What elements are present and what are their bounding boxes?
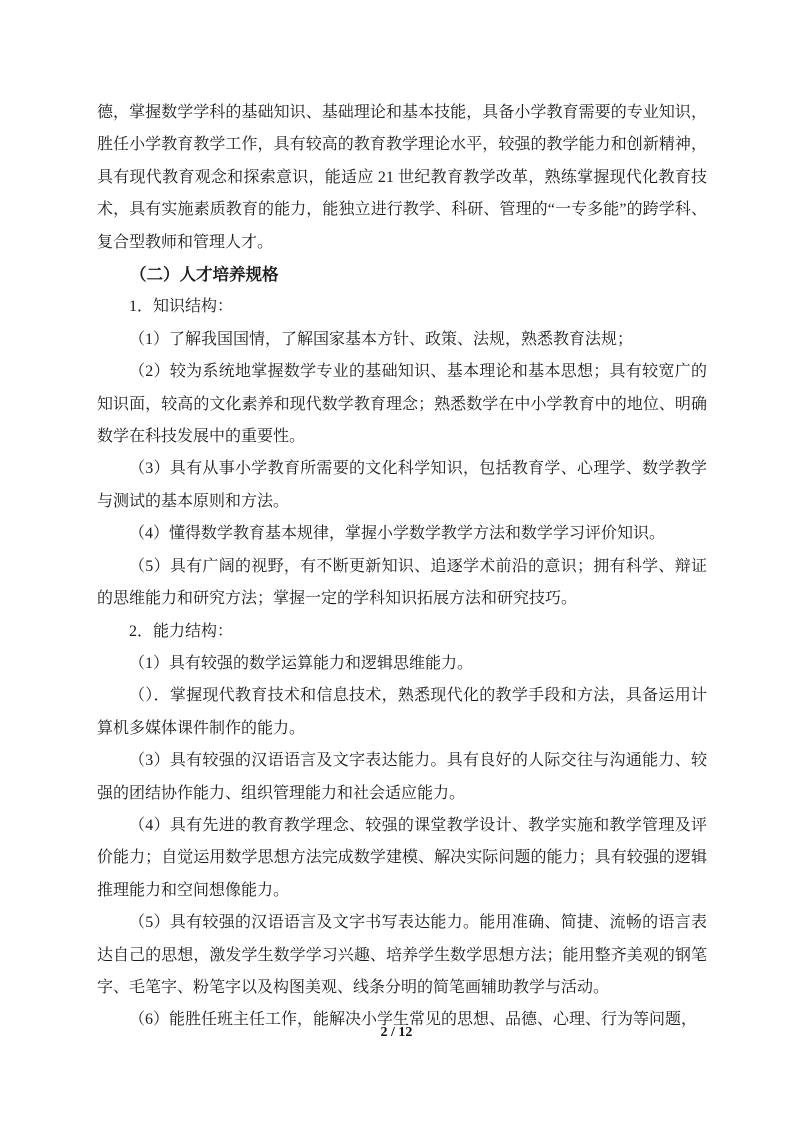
ability-item-5: （5）具有较强的汉语语言及文字书写表达能力。能用准确、简捷、流畅的语言表达自己的… [97, 907, 707, 1004]
knowledge-item-4: （4）懂得数学教育基本规律，掌握小学数学教学方法和数学学习评价知识。 [97, 518, 707, 550]
continuation-paragraph: 德，掌握数学学科的基础知识、基础理论和基本技能，具备小学教育需要的专业知识，胜任… [97, 97, 707, 259]
page-number: 2 / 12 [0, 1024, 793, 1042]
ability-item-4: （4）具有先进的教育教学理念、较强的课堂教学设计、教学实施和教学管理及评价能力；… [97, 810, 707, 907]
section-heading-talent-specs: （二）人才培养规格 [97, 259, 707, 291]
document-body: 德，掌握数学学科的基础知识、基础理论和基本技能，具备小学教育需要的专业知识，胜任… [97, 97, 707, 1037]
knowledge-item-5: （5）具有广阔的视野，有不断更新知识、追逐学术前沿的意识；拥有科学、辩证的思维能… [97, 551, 707, 616]
document-page: 德，掌握数学学科的基础知识、基础理论和基本技能，具备小学教育需要的专业知识，胜任… [0, 0, 793, 1122]
knowledge-item-3: （3）具有从事小学教育所需要的文化科学知识，包括教育学、心理学、数学教学与测试的… [97, 453, 707, 518]
ability-item-2: （）．掌握现代教育技术和信息技术，熟悉现代化的教学手段和方法，具备运用计算机多媒… [97, 680, 707, 745]
list-heading-ability-structure: 2．能力结构： [97, 616, 707, 648]
knowledge-item-1: （1）了解我国国情，了解国家基本方针、政策、法规，熟悉教育法规； [97, 324, 707, 356]
list-heading-knowledge-structure: 1．知识结构： [97, 291, 707, 323]
knowledge-item-2: （2）较为系统地掌握数学专业的基础知识、基本理论和基本思想；具有较宽广的知识面，… [97, 356, 707, 453]
ability-item-1: （1）具有较强的数学运算能力和逻辑思维能力。 [97, 648, 707, 680]
ability-item-3: （3）具有较强的汉语语言及文字表达能力。具有良好的人际交往与沟通能力、较强的团结… [97, 745, 707, 810]
